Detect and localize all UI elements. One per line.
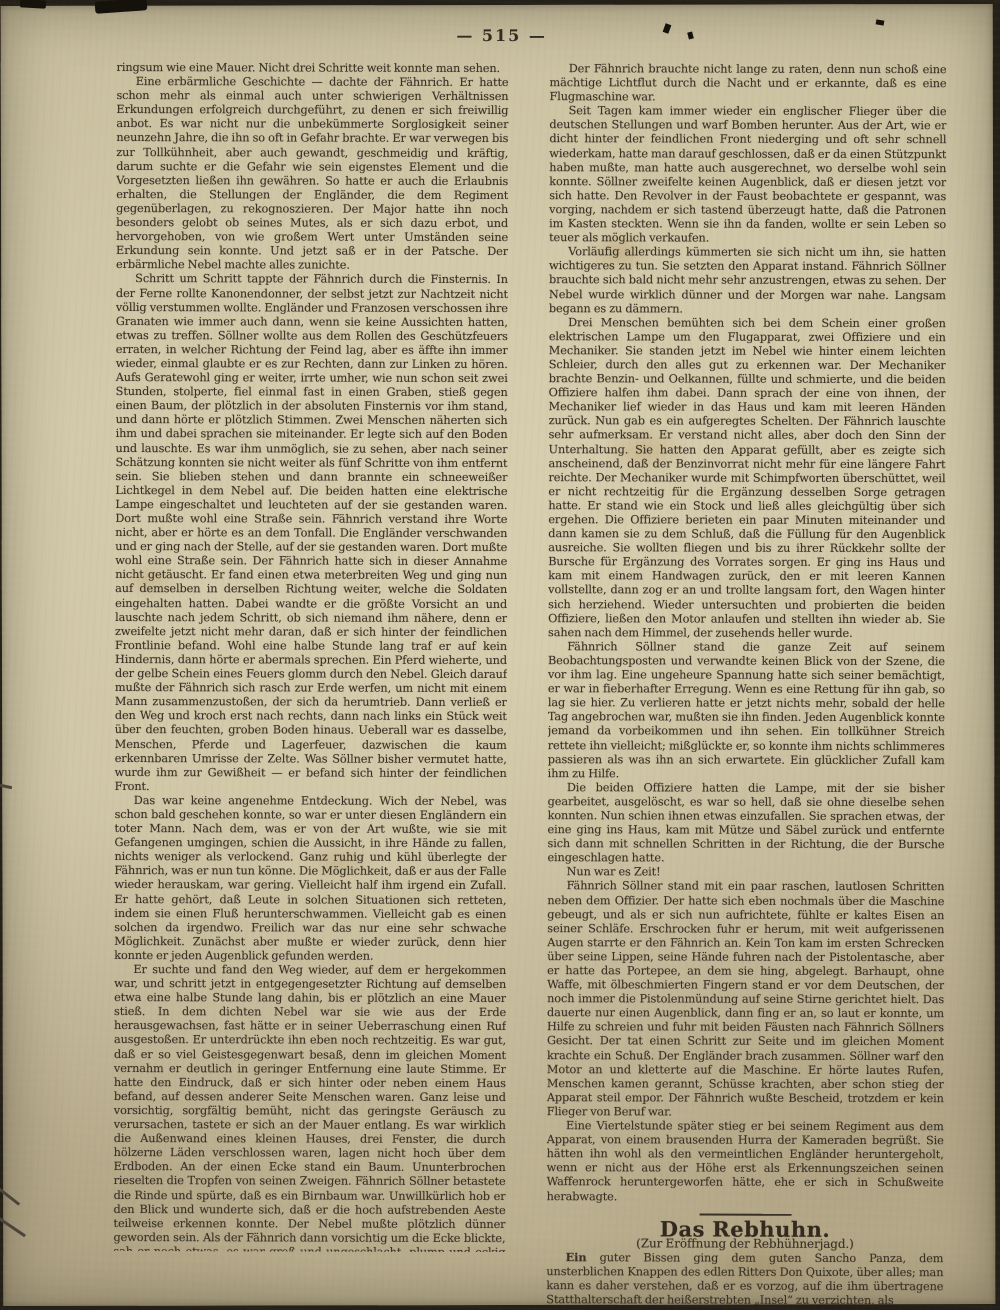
article-title: Das Rebhuhn. xyxy=(546,1222,943,1237)
story-paragraph: Fähnrich Söllner stand die ganze Zeit au… xyxy=(548,640,945,782)
paragraph-text: Fähnrich Söllner stand die ganze Zeit au… xyxy=(548,640,945,780)
paragraph-text: Seit Tagen kam immer wieder ein englisch… xyxy=(549,104,946,244)
story-paragraph: Er suchte und fand den Weg wieder, auf d… xyxy=(113,963,506,1252)
story-paragraph: Fähnrich Söllner stand mit ein paar rasc… xyxy=(547,880,945,1121)
left-column-paragraphs: ringsum wie eine Mauer. Nicht drei Schri… xyxy=(113,61,508,1252)
right-column: Der Fähnrich brauchte nicht lange zu rat… xyxy=(546,62,946,1308)
paragraph-text: Fähnrich Söllner stand mit ein paar rasc… xyxy=(547,880,945,1119)
story-paragraph: Seit Tagen kam immer wieder ein englisch… xyxy=(549,104,946,246)
paragraph-text: Das war keine angenehme Entdeckung. Wich… xyxy=(114,794,506,963)
paragraph-text: guter Bissen ging dem guten Sancho Panza… xyxy=(546,1251,943,1307)
paragraph-text: Vorläufig allerdings kümmerten sie sich … xyxy=(549,245,946,315)
paragraph-text: ringsum wie eine Mauer. Nicht drei Schri… xyxy=(117,61,501,75)
section-divider xyxy=(699,1213,791,1215)
story-paragraph: Nun war es Zeit! xyxy=(547,865,944,880)
paragraph-text: Eine Viertelstunde später stieg er bei s… xyxy=(547,1119,944,1203)
story-paragraph: Schritt um Schritt tappte der Fähnrich d… xyxy=(115,272,508,794)
paragraph-lead: Ein xyxy=(566,1250,587,1264)
paragraph-text: Eine erbärmliche Geschichte — dachte der… xyxy=(116,75,509,272)
paragraph-text: Schritt um Schritt tappte der Fähnrich d… xyxy=(115,272,508,792)
article-paragraph: Ein guter Bissen ging dem guten Sancho P… xyxy=(546,1250,943,1308)
article-subtitle: (Zur Eröffnung der Rebhühnerjagd.) xyxy=(546,1236,943,1251)
story-paragraph: Der Fähnrich brauchte nicht lange zu rat… xyxy=(549,62,946,105)
paragraph-text: Er suchte und fand den Weg wieder, auf d… xyxy=(113,963,506,1252)
story-paragraph: Vorläufig allerdings kümmerten sie sich … xyxy=(549,245,946,317)
page-number: — 515 — xyxy=(2,25,1000,47)
left-column: ringsum wie eine Mauer. Nicht drei Schri… xyxy=(113,61,508,1252)
story-paragraph: Das war keine angenehme Entdeckung. Wich… xyxy=(114,794,506,964)
story-paragraph: Die beiden Offiziere hatten die Lampe, m… xyxy=(547,781,944,867)
page-content: — 515 — ringsum wie eine Mauer. Nicht dr… xyxy=(0,0,1000,1310)
right-column-paragraphs: Der Fähnrich brauchte nicht lange zu rat… xyxy=(547,62,947,1205)
paragraph-text: Drei Menschen bemühten sich bei dem Sche… xyxy=(548,316,946,640)
article-paragraphs: Ein guter Bissen ging dem guten Sancho P… xyxy=(546,1250,943,1308)
story-paragraph: ringsum wie eine Mauer. Nicht drei Schri… xyxy=(117,61,509,76)
story-paragraph: Eine Viertelstunde später stieg er bei s… xyxy=(547,1119,944,1205)
paragraph-text: Der Fähnrich brauchte nicht lange zu rat… xyxy=(549,62,946,103)
paragraph-text: Die beiden Offiziere hatten die Lampe, m… xyxy=(547,781,944,865)
paragraph-text: Nun war es Zeit! xyxy=(567,866,661,879)
story-paragraph: Eine erbärmliche Geschichte — dachte der… xyxy=(116,75,509,273)
story-paragraph: Drei Menschen bemühten sich bei dem Sche… xyxy=(548,316,946,641)
